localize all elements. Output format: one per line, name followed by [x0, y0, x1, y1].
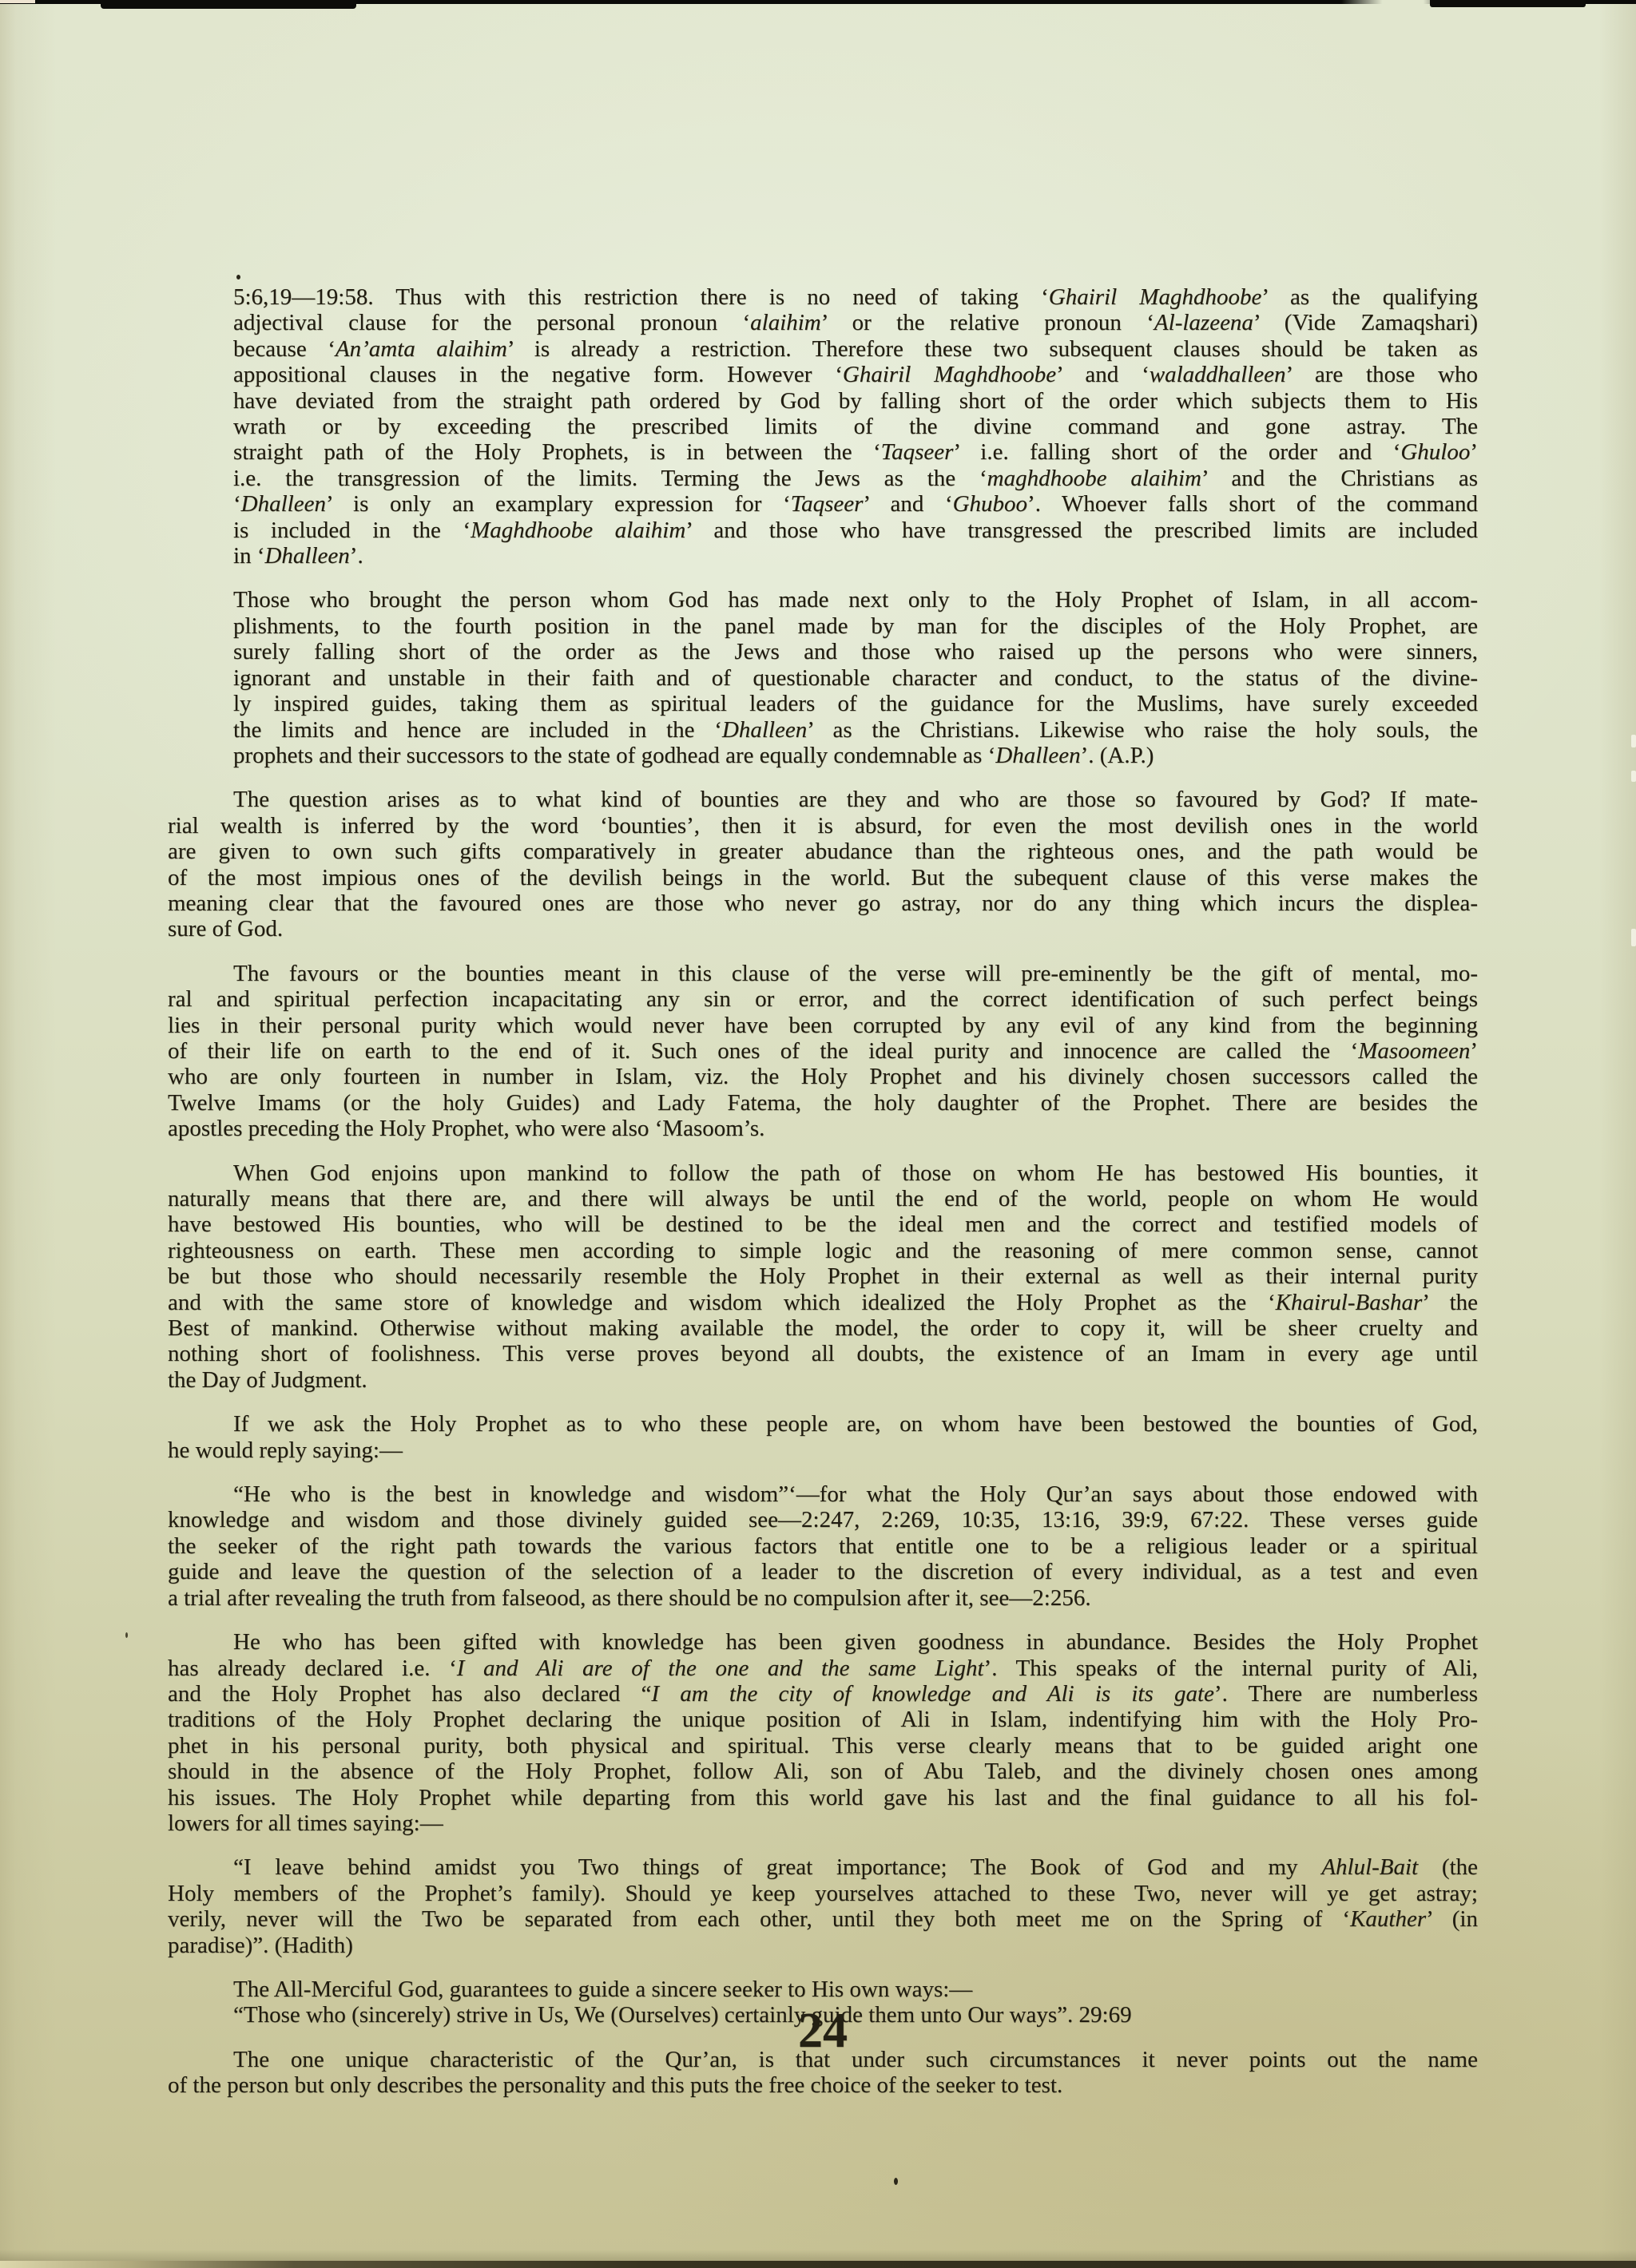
text-line: phet in his personal purity, both physic…: [168, 1733, 1478, 1758]
text-line: has already declared i.e. ‘I and Ali are…: [168, 1655, 1478, 1681]
scan-edge-sliver: [0, 0, 35, 3]
text-line: apostles preceding the Holy Prophet, who…: [168, 1116, 1478, 1141]
paragraph: “I leave behind amidst you Two things of…: [168, 1854, 1478, 1958]
text-line: straight path of the Holy Prophets, is i…: [233, 439, 1478, 465]
text-line: guide and leave the question of the sele…: [168, 1559, 1478, 1584]
paragraph: The favours or the bounties meant in thi…: [168, 961, 1478, 1142]
text-line: verily, never will the Two be separated …: [168, 1906, 1478, 1932]
scan-edge-shadow: [0, 2250, 1636, 2261]
text-line: and with the same store of knowledge and…: [168, 1290, 1478, 1315]
text-line: his issues. The Holy Prophet while depar…: [168, 1785, 1478, 1810]
text-line: lies in their personal purity which woul…: [168, 1013, 1478, 1038]
text-line: is included in the ‘Maghdhoobe alaihim’ …: [233, 517, 1478, 543]
scanned-page: 5:6,19—19:58. Thus with this restriction…: [0, 0, 1636, 2268]
text-line: 5:6,19—19:58. Thus with this restriction…: [233, 284, 1478, 310]
paragraph: “He who is the best in knowledge and wis…: [168, 1481, 1478, 1611]
text-line: the limits and hence are included in the…: [233, 717, 1478, 743]
text-line: appositional clauses in the negative for…: [233, 362, 1478, 387]
text-line: surely falling short of the order as the…: [233, 639, 1478, 664]
text-line: meaning clear that the favoured ones are…: [168, 890, 1478, 916]
text-line: who are only fourteen in number in Islam…: [168, 1064, 1478, 1089]
text-line: Best of mankind. Otherwise without makin…: [168, 1315, 1478, 1341]
text-line: The All-Merciful God, guarantees to guid…: [168, 1977, 1478, 2002]
text-line: traditions of the Holy Prophet declaring…: [168, 1707, 1478, 1732]
text-line: he would reply saying:—: [168, 1437, 1478, 1463]
scan-edge-bottom: [0, 2261, 1636, 2268]
page-text: 5:6,19—19:58. Thus with this restriction…: [168, 284, 1478, 2099]
scan-edge-notch: [101, 0, 356, 9]
text-line: have deviated from the straight path ord…: [233, 388, 1478, 414]
text-line: i.e. the transgression of the limits. Te…: [233, 466, 1478, 491]
text-line: adjectival clause for the personal prono…: [233, 310, 1478, 335]
text-line: in ‘Dhalleen’.: [233, 543, 1478, 569]
text-line: because ‘An’amta alaihim’ is already a r…: [233, 336, 1478, 362]
ink-speck: [236, 275, 240, 280]
text-line: When God enjoins upon mankind to follow …: [168, 1160, 1478, 1186]
text-line: The question arises as to what kind of b…: [168, 787, 1478, 812]
text-line: He who has been gifted with knowledge ha…: [168, 1629, 1478, 1655]
text-line: wrath or by exceeding the prescribed lim…: [233, 414, 1478, 439]
ink-speck: [125, 1632, 128, 1638]
scan-edge-notch: [1430, 0, 1586, 7]
text-line: lowers for all times saying:—: [168, 1810, 1478, 1836]
text-line: ‘Dhalleen’ is only an examplary expressi…: [233, 491, 1478, 517]
text-line: ignorant and unstable in their faith and…: [233, 665, 1478, 691]
paragraph: 5:6,19—19:58. Thus with this restriction…: [233, 284, 1478, 569]
scan-edge-sliver: [1631, 771, 1636, 782]
text-line: of the most impious ones of the devilish…: [168, 865, 1478, 890]
paragraph: The question arises as to what kind of b…: [168, 787, 1478, 942]
text-line: nothing short of foolishness. This verse…: [168, 1341, 1478, 1366]
text-line: naturally means that there are, and ther…: [168, 1186, 1478, 1211]
text-line: righteousness on earth. These men accord…: [168, 1238, 1478, 1263]
text-line: ral and spiritual perfection incapacitat…: [168, 986, 1478, 1012]
text-line: a trial after revealing the truth from f…: [168, 1585, 1478, 1611]
text-line: knowledge and wisdom and those divinely …: [168, 1507, 1478, 1532]
text-line: be but those who should necessarily rese…: [168, 1263, 1478, 1289]
ink-speck: [894, 2178, 898, 2185]
paragraph: He who has been gifted with knowledge ha…: [168, 1629, 1478, 1836]
text-line: sure of God.: [168, 916, 1478, 942]
paragraph: If we ask the Holy Prophet as to who the…: [168, 1411, 1478, 1463]
scan-edge-sliver: [1631, 735, 1636, 747]
text-line: are given to own such gifts comparativel…: [168, 839, 1478, 864]
text-line: Holy members of the Prophet’s family). S…: [168, 1881, 1478, 1906]
text-line: the seeker of the right path towards the…: [168, 1533, 1478, 1559]
text-line: ly inspired guides, taking them as spiri…: [233, 691, 1478, 716]
scan-edge-sliver: [1631, 929, 1636, 946]
text-line: and the Holy Prophet has also declared “…: [168, 1681, 1478, 1707]
text-line: Those who brought the person whom God ha…: [233, 587, 1478, 613]
text-line: of their life on earth to the end of it.…: [168, 1038, 1478, 1064]
text-line: Twelve Imams (or the holy Guides) and La…: [168, 1090, 1478, 1116]
text-line: The favours or the bounties meant in thi…: [168, 961, 1478, 986]
text-line: “I leave behind amidst you Two things of…: [168, 1854, 1478, 1880]
text-line: prophets and their successors to the sta…: [233, 743, 1478, 768]
text-line: paradise)”. (Hadith): [168, 1933, 1478, 1958]
text-line: rial wealth is inferred by the word ‘bou…: [168, 813, 1478, 839]
text-line: of the person but only describes the per…: [168, 2072, 1478, 2098]
paragraph: When God enjoins upon mankind to follow …: [168, 1160, 1478, 1394]
paragraph: Those who brought the person whom God ha…: [233, 587, 1478, 768]
text-line: plishments, to the fourth position in th…: [233, 613, 1478, 639]
text-line: If we ask the Holy Prophet as to who the…: [168, 1411, 1478, 1437]
text-line: “He who is the best in knowledge and wis…: [168, 1481, 1478, 1507]
text-line: should in the absence of the Holy Prophe…: [168, 1758, 1478, 1784]
page-number: 24: [168, 2003, 1478, 2060]
text-line: the Day of Judgment.: [168, 1367, 1478, 1393]
text-line: have bestowed His bounties, who will be …: [168, 1211, 1478, 1237]
